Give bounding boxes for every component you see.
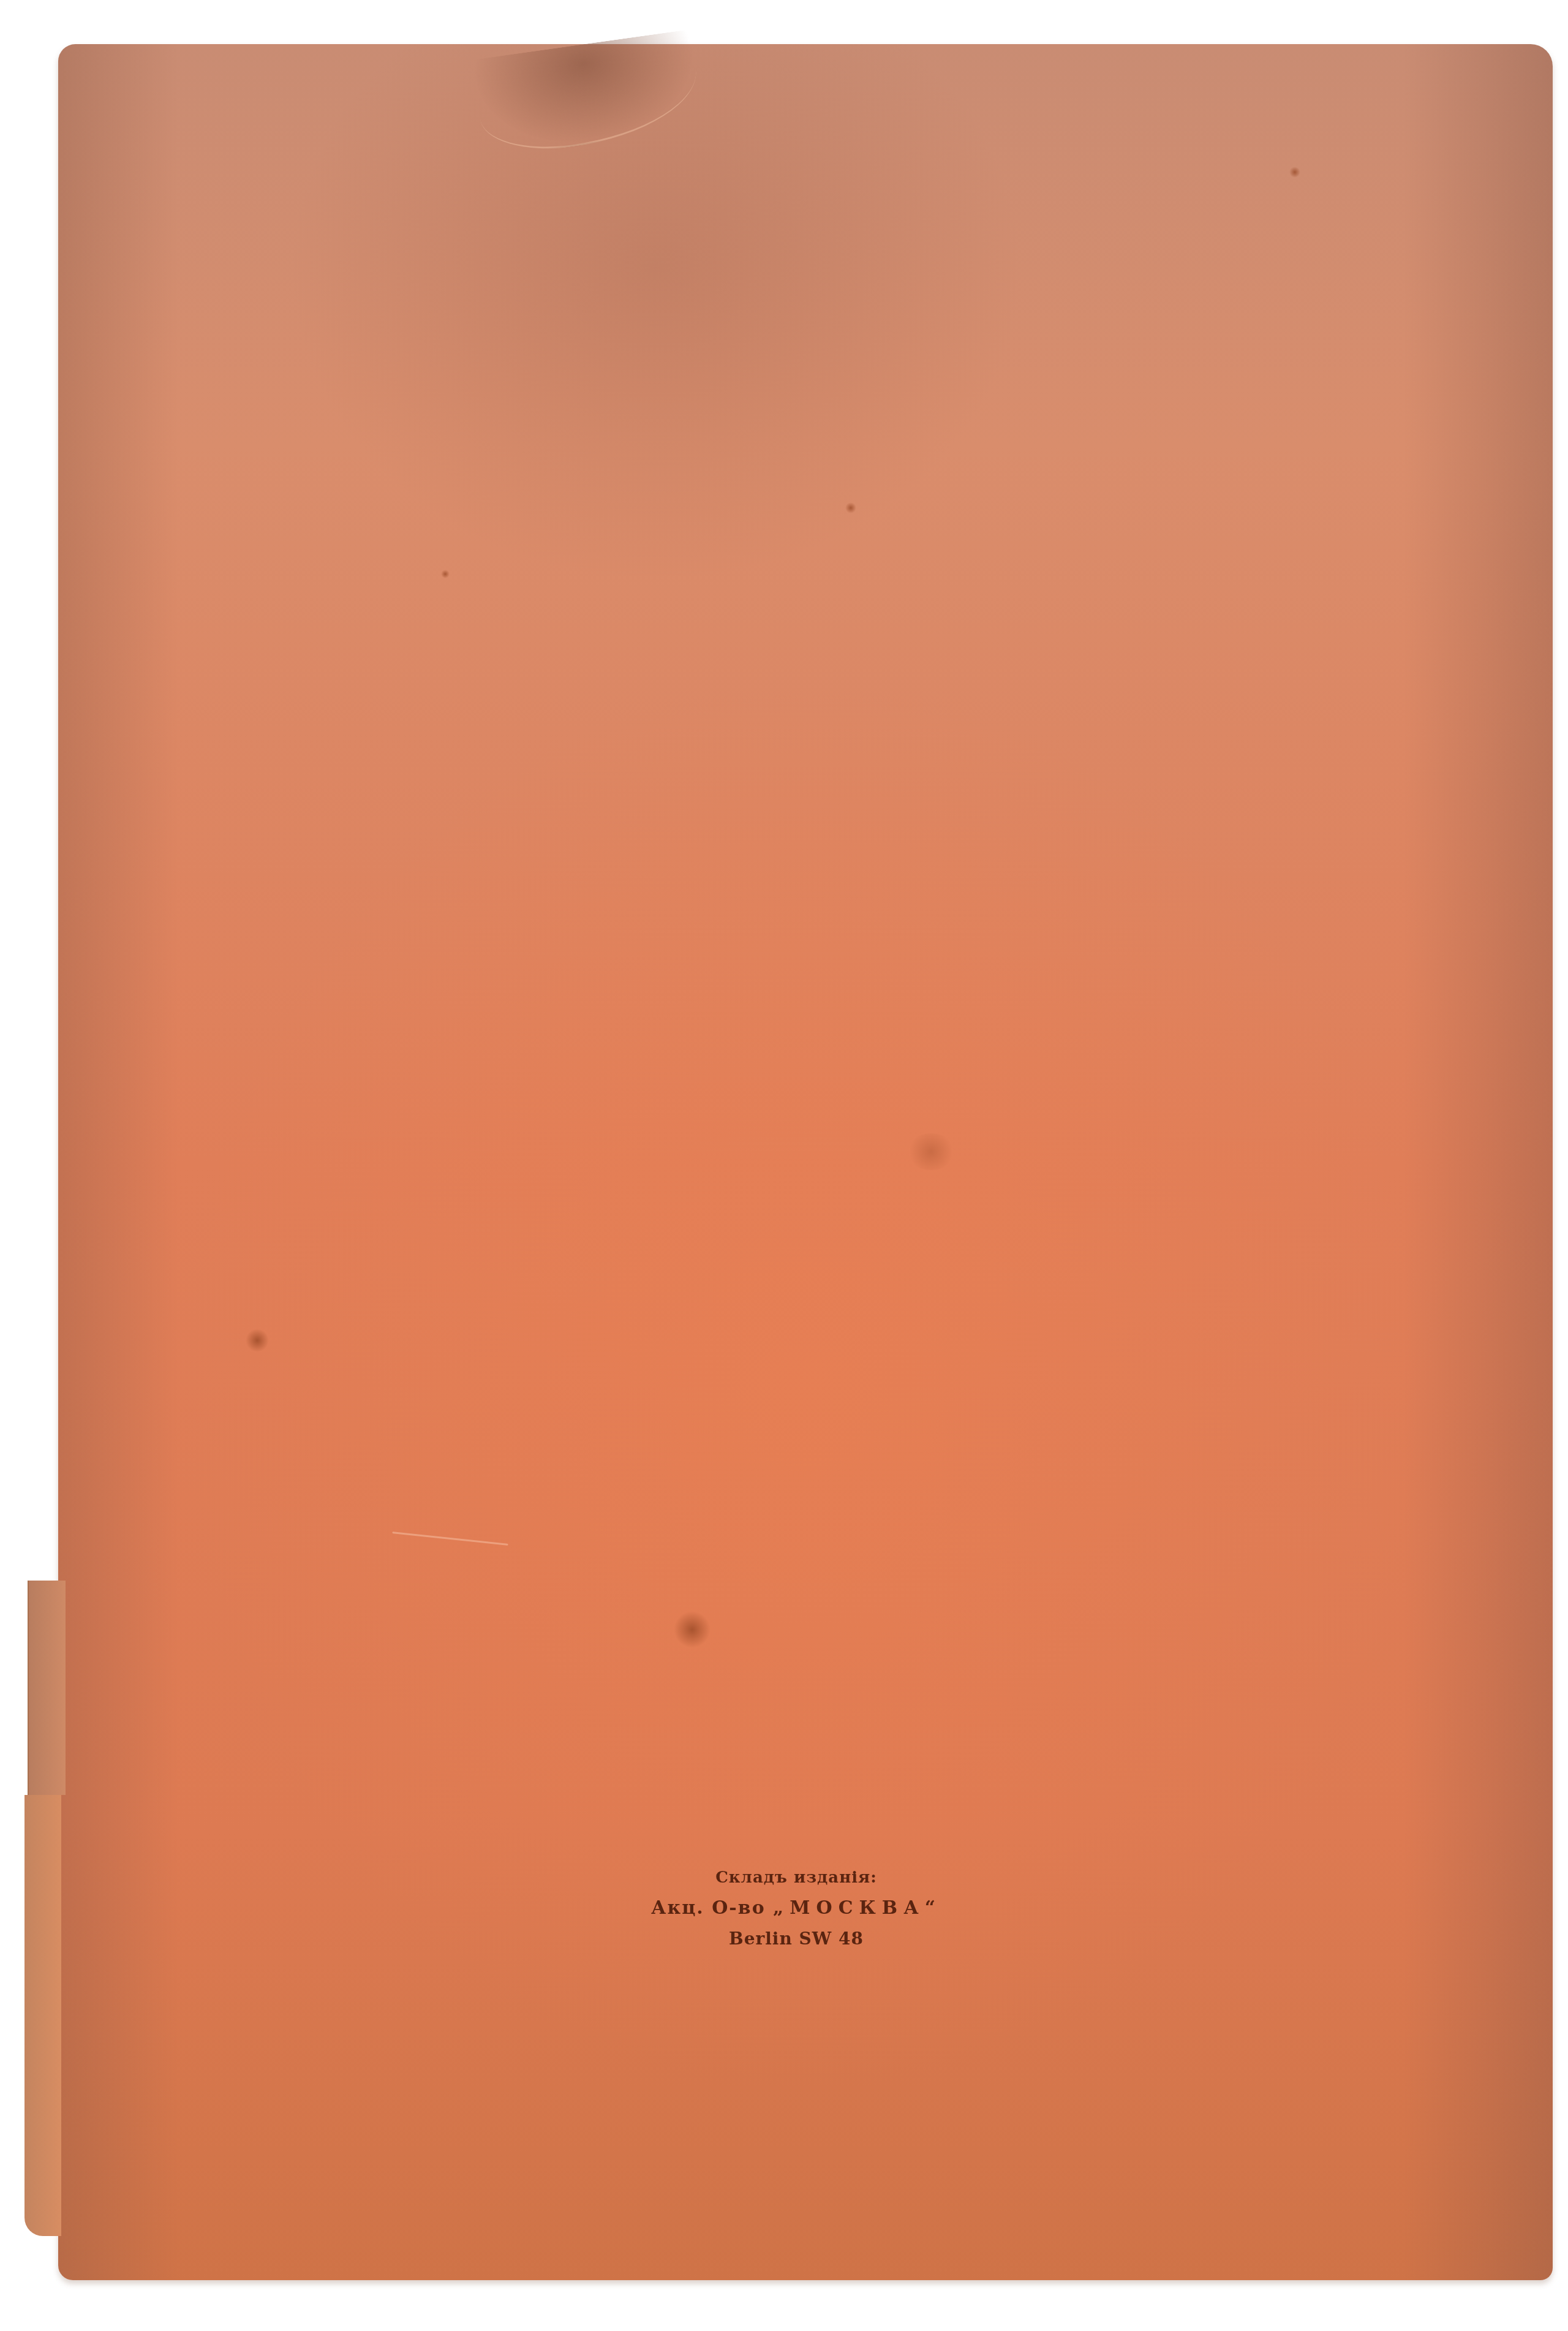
spine-strip (28, 1581, 66, 1795)
publisher-imprint: Складъ изданія: Акц. О-во „МОСКВА“ Berli… (612, 1862, 980, 1954)
imprint-company-prefix: Акц. О-во (651, 1897, 773, 1919)
stain-spot (1289, 167, 1300, 178)
stain-spot (907, 1133, 956, 1170)
stain-spot (845, 502, 856, 513)
stain-spot (441, 570, 450, 578)
stain-spot (245, 1329, 269, 1351)
stain-spot (674, 1611, 710, 1648)
imprint-line-address: Berlin SW 48 (612, 1924, 980, 1954)
imprint-line-company: Акц. О-во „МОСКВА“ (612, 1893, 980, 1924)
spine-strip-lower (24, 1795, 61, 2236)
photo-background: Складъ изданія: Акц. О-во „МОСКВА“ Berli… (0, 0, 1568, 2331)
imprint-line-warehouse: Складъ изданія: (612, 1862, 980, 1893)
imprint-company-brand: „МОСКВА“ (773, 1897, 941, 1919)
